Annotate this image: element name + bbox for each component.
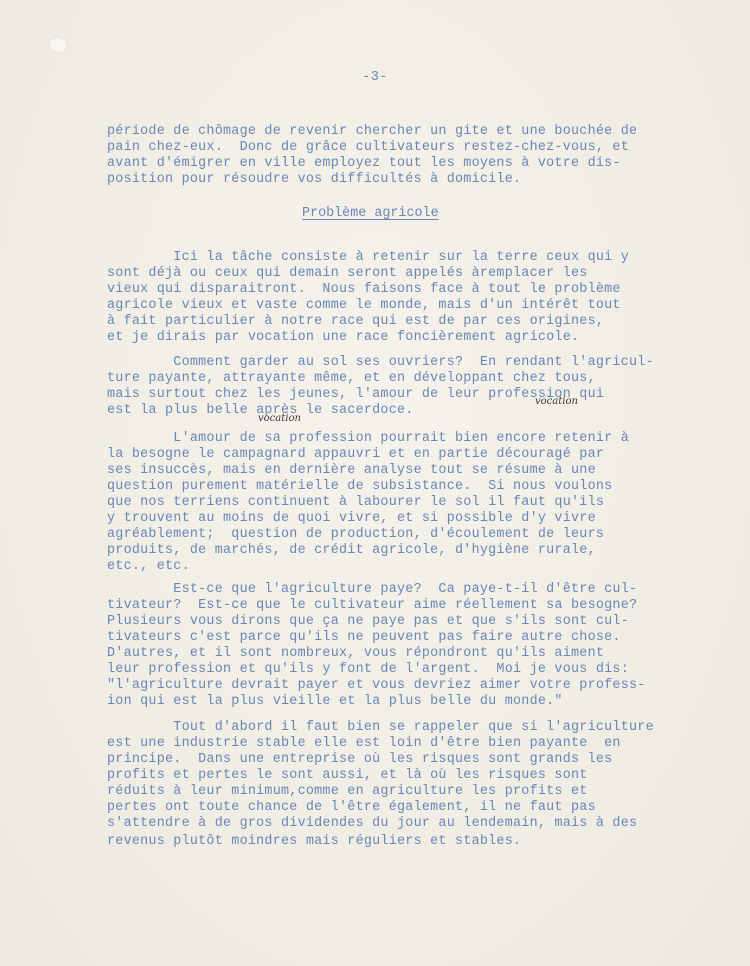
text-line: D'autres, et il sont nombreux, vous répo…	[107, 646, 604, 661]
text-line: ion qui est la plus vieille et la plus b…	[107, 694, 563, 709]
text-line: profits et pertes le sont aussi, et là o…	[107, 768, 588, 783]
text-line: position pour résoudre vos difficultés à…	[107, 172, 521, 187]
text-line: sont déjà ou ceux qui demain seront appe…	[107, 266, 588, 281]
handwritten-note: vocation	[258, 413, 301, 424]
text-line: etc., etc.	[107, 559, 190, 574]
text-line: revenus plutôt moindres mais réguliers e…	[107, 834, 521, 849]
text-line: et je dirais par vocation une race fonci…	[107, 330, 579, 345]
text-line: la besogne le campagnard appauvri et en …	[107, 447, 604, 462]
text-line: mais surtout chez les jeunes, l'amour de…	[107, 387, 604, 402]
handwritten-note: vocation	[535, 396, 578, 407]
page-number: -3-	[0, 70, 750, 85]
text-line: que nos terriens continuent à labourer l…	[107, 495, 604, 510]
document-page: -3- Problème agricole période de chômage…	[0, 0, 750, 966]
text-line: s'attendre à de gros dividendes du jour …	[107, 816, 637, 831]
text-line: ses insuccès, mais en dernière analyse t…	[107, 463, 596, 478]
text-line: pain chez-eux. Donc de grâce cultivateur…	[107, 140, 629, 155]
text-line: à fait particulier à notre race qui est …	[107, 314, 604, 329]
paper-blemish	[50, 38, 66, 52]
text-line: agricole vieux et vaste comme le monde, …	[107, 298, 621, 313]
text-line: L'amour de sa profession pourrait bien e…	[107, 431, 629, 446]
text-line: pertes ont toute chance de l'être égalem…	[107, 800, 596, 815]
text-line: tivateur? Est-ce que le cultivateur aime…	[107, 598, 637, 613]
text-line: vieux qui disparaitront. Nous faisons fa…	[107, 282, 621, 297]
text-line: tivateurs c'est parce qu'ils ne peuvent …	[107, 630, 621, 645]
text-line: principe. Dans une entreprise où les ris…	[107, 752, 612, 767]
text-line: "l'agriculture devrait payer et vous dev…	[107, 678, 646, 693]
text-line: Plusieurs vous dirons que ça ne paye pas…	[107, 614, 629, 629]
text-line: est une industrie stable elle est loin d…	[107, 736, 621, 751]
text-line: Tout d'abord il faut bien se rappeler qu…	[107, 720, 654, 735]
text-line: avant d'émigrer en ville employez tout l…	[107, 156, 621, 171]
text-line: Est-ce que l'agriculture paye? Ca paye-t…	[107, 582, 637, 597]
section-heading: Problème agricole	[302, 206, 439, 221]
text-line: leur profession et qu'ils y font de l'ar…	[107, 662, 629, 677]
text-line: y trouvent au moins de quoi vivre, et si…	[107, 511, 596, 526]
text-line: produits, de marchés, de crédit agricole…	[107, 543, 596, 558]
text-line: ture payante, attrayante même, et en dév…	[107, 371, 596, 386]
text-line: réduits à leur minimum,comme en agricult…	[107, 784, 588, 799]
text-line: période de chômage de revenir chercher u…	[107, 124, 637, 139]
text-line: Comment garder au sol ses ouvriers? En r…	[107, 355, 654, 370]
text-line: Ici la tâche consiste à retenir sur la t…	[107, 250, 629, 265]
text-line: agréablement; question de production, d'…	[107, 527, 604, 542]
text-line: question purement matérielle de subsista…	[107, 479, 612, 494]
